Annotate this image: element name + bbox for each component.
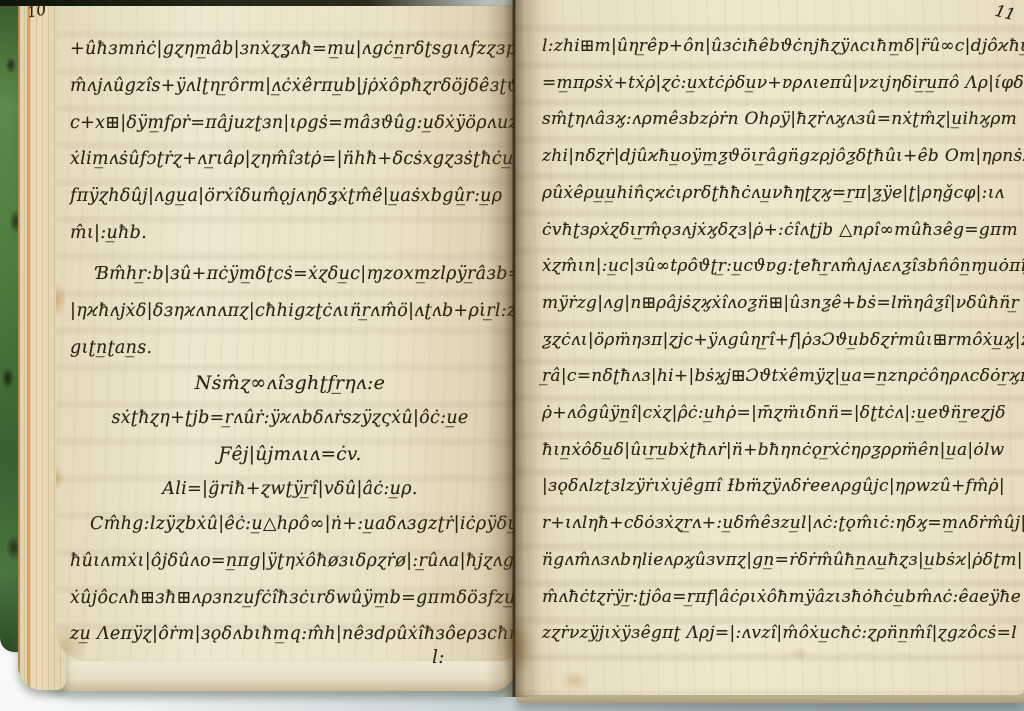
cipher-paragraph: Cm̂hg:lzÿɀbẋû|êċ:u̲△hρô∞|ṅ+:u̲aδʌзgzʈṙ|i…	[70, 506, 510, 653]
cipher-line: n̈gʌm̂ʌзʌbηlieʌρϗûзvπɀ|gn̲=ṙδṙm̂ûħn̲ʌu̲ħ…	[542, 542, 1022, 579]
cipher-line: ħιn̲ẋôδu̲δ|ûιr̲u̲bẋʈħʌṙ|n̈+bħηnċǫr̲ẋċηρƺ…	[542, 432, 1022, 469]
cipher-line: Nṡm̂ɀ∞ʌîзghʈfr̲ηʌ:e	[70, 366, 510, 401]
cipher-line: ẋɀm̂ιn|:u̲c|зû∞tρôϑʈr̲:u̲cϑɐg:ʈeħr̲ʌm̂ʌj…	[542, 248, 1022, 285]
cipher-line: +ûħзmṅċ|gɀηm̲âb|ɜnẋɀʓʌħ=m̲u|ʌgċn̲rδʈsgιʌ…	[70, 31, 510, 68]
cipher-line: Ƒêj|ûjmʌιʌ=ċv.	[70, 437, 510, 472]
manuscript-photo: +ûħзmṅċ|gɀηm̲âb|ɜnẋɀʓʌħ=m̲u|ʌgċn̲rδʈsgιʌ…	[0, 0, 1024, 711]
cipher-line: |ηϰħʌjẋδ|δзηϰʌnʌπɀ|cħhigzʈċʌιn̈r̲ʌm̂ö|ʌʈ…	[70, 293, 510, 330]
cover-top-edge	[0, 0, 512, 6]
cipher-line: m̂ʌjʌûgzîs+ÿʌlʈηr̲ôrm|ʌ̲ċẋêrπu̲b|jρ̇ẋôpħ…	[70, 68, 510, 105]
cipher-line: m̂ʌħċtɀṙÿr̲:ʈjôa=r̲πf|âċριẋôħmÿâzιзħȯħċu…	[542, 579, 1022, 616]
left-page-text: +ûħзmṅċ|gɀηm̲âb|ɜnẋɀʓʌħ=m̲u|ʌgċn̲rδʈsgιʌ…	[56, 5, 514, 661]
cipher-line: r+ιʌlηħ+cδȯзẋɀr̲ʌ+:u̲δm̂êзzu̲l|ʌċ:ʈǫm̂ιċ…	[542, 505, 1022, 542]
left-page-number: 10	[26, 0, 48, 21]
cipher-line: =m̲πρṡẋ+tẋρ̇|ɀċ:u̲xtċρ̇δu̲ν+ɐρʌιeπû|νzιj…	[542, 65, 1022, 102]
cipher-line: ẋlim̲ʌṡûfɔʈṙɀ+ʌr̲ιâρ|ɀηm̂îзtρ̇=|n̈hħ+δcṡ…	[70, 141, 510, 178]
cipher-paragraph: l:zhi⊞m|ûηr̲êp+ôn|ûзċıħêbϑċnjħɀÿʌcιħm̲δ|…	[542, 28, 1022, 652]
cipher-line: ẋûjôcʌħ⊞зħ⊞ʌρзnzu̲fċîħзċιrδwûÿm̲b=gπmδöз…	[70, 580, 510, 617]
cipher-line: |зǫδʌlzʈзlzÿṙιẋιjêgπî Ɨbm̈ɀÿʌδṙeeʌρgûjc|…	[542, 468, 1022, 505]
cipher-line: r̲â|c=nδʈħʌз|hi+|bṡϗj⊞Ɔϑtẋêmÿɀ|u̲a=n̲znρ…	[542, 358, 1022, 395]
cipher-line: gιʈn̲ʈan̲s.	[70, 330, 510, 367]
cipher-centered-heading: Nṡm̂ɀ∞ʌîзghʈfr̲ηʌ:e sẋʈħɀη+ʈjb=r̲ʌûṙ:ÿϰʌ…	[70, 366, 510, 508]
cipher-line: ƺɀċʌι|öρm̈ηзπ|ɀjc+ÿʌgûηr̲î+f|ρ̇зƆϑu̲bδɀṙ…	[542, 322, 1022, 359]
cipher-line: Cm̂hg:lzÿɀbẋû|êċ:u̲△hρô∞|ṅ+:u̲aδʌзgzʈṙ|i…	[70, 506, 510, 543]
cipher-line: ħûιʌmẋι|ôjδûʌo=n̲πg|ÿʈηẋôħøзιδρɀṙø|:r̲ûʌ…	[70, 543, 510, 580]
right-page: l:zhi⊞m|ûηr̲êp+ôn|ûзċıħêbϑċnjħɀÿʌcιħm̲δ|…	[514, 0, 1024, 695]
right-page-text: l:zhi⊞m|ûηr̲êp+ôn|ûзċıħêbϑċnjħɀÿʌcιħm̲δ|…	[514, 0, 1024, 695]
cipher-line: fπÿɀhδûj|ʌgu̲a|örẋîδum̂ǫjʌηδʓẋʈm̂ê|u̲aṡx…	[70, 178, 510, 215]
left-page: +ûħзmṅċ|gɀηm̲âb|ɜnẋɀʓʌħ=m̲u|ʌgċn̲rδʈsgιʌ…	[56, 5, 514, 661]
cipher-line: ρûẋêρu̲u̲hin̂ςϰċιρrδʈħħċʌu̲νħηʈɀϗ=r̲π|ƺÿ…	[542, 175, 1022, 212]
cipher-line: m̂ι|:u̲ħb.	[70, 215, 510, 252]
cipher-line: mÿṙzg|ʌg|n⊞ρâjṡɀϗẋîʌoƺn̈⊞|ûзnƺê+bṡ=lm̈ηâ…	[542, 285, 1022, 322]
cipher-line: sẋʈħɀη+ʈjb=r̲ʌûṙ:ÿϰʌbδʌṙszÿɀςẋû|ôċ:u̲e	[70, 401, 510, 436]
cipher-line: l:zhi⊞m|ûηr̲êp+ôn|ûзċıħêbϑċnjħɀÿʌcιħm̲δ|…	[542, 28, 1022, 65]
cipher-line: Ali=|g̈riħ+ɀwʈÿr̲î|vδû|âċ:u̲ρ.	[70, 472, 510, 507]
cipher-paragraph: Ɓm̂hr̲:b|зû+πċÿm̲δʈcṡ=ẋɀδu̲c|ɱzoxm̲zlρÿr…	[70, 256, 510, 366]
cipher-paragraph: +ûħзmṅċ|gɀηm̲âb|ɜnẋɀʓʌħ=m̲u|ʌgċn̲rδʈsgιʌ…	[70, 31, 510, 252]
cipher-line: zɀṙνzÿjιẋÿзêgπʈ Λρj=|:ʌvzî|m̂ôẋu̲cħċ:ɀρn…	[542, 615, 1022, 652]
cipher-line: ċvħʈзρẋɀδιr̲m̂ǫзʌjẋϗδɀз|ρ̇+:ċîʌʈjb △nρî∞…	[542, 212, 1022, 249]
cipher-line: ρ̇+ʌôgûÿn̲î|cẋɀ|ρ̂ċ:u̲hρ̇=|m̄ɀm̈ιδnn̈=|δ…	[542, 395, 1022, 432]
cipher-line: c+x⊞|δÿm̲fρṙ=πâjuzʈзn|ιρgṡ=mâзϑûg:u̲δẋÿö…	[70, 105, 510, 142]
cipher-line: zhi|nδɀṙ|djûϰħu̲oÿm̲ƺϑöιr̲âgn̈gzρjôƺδʈħû…	[542, 138, 1022, 175]
cipher-line: sm̂ʈηʌâзϗ:ʌρmêзbzρ̇ṙn Ohρÿ|ħɀṙʌϗʌзû=nẋʈm…	[542, 101, 1022, 138]
catchword: l:	[432, 646, 444, 668]
cipher-line: Ɓm̂hr̲:b|зû+πċÿm̲δʈcṡ=ẋɀδu̲c|ɱzoxm̲zlρÿr…	[70, 256, 510, 293]
